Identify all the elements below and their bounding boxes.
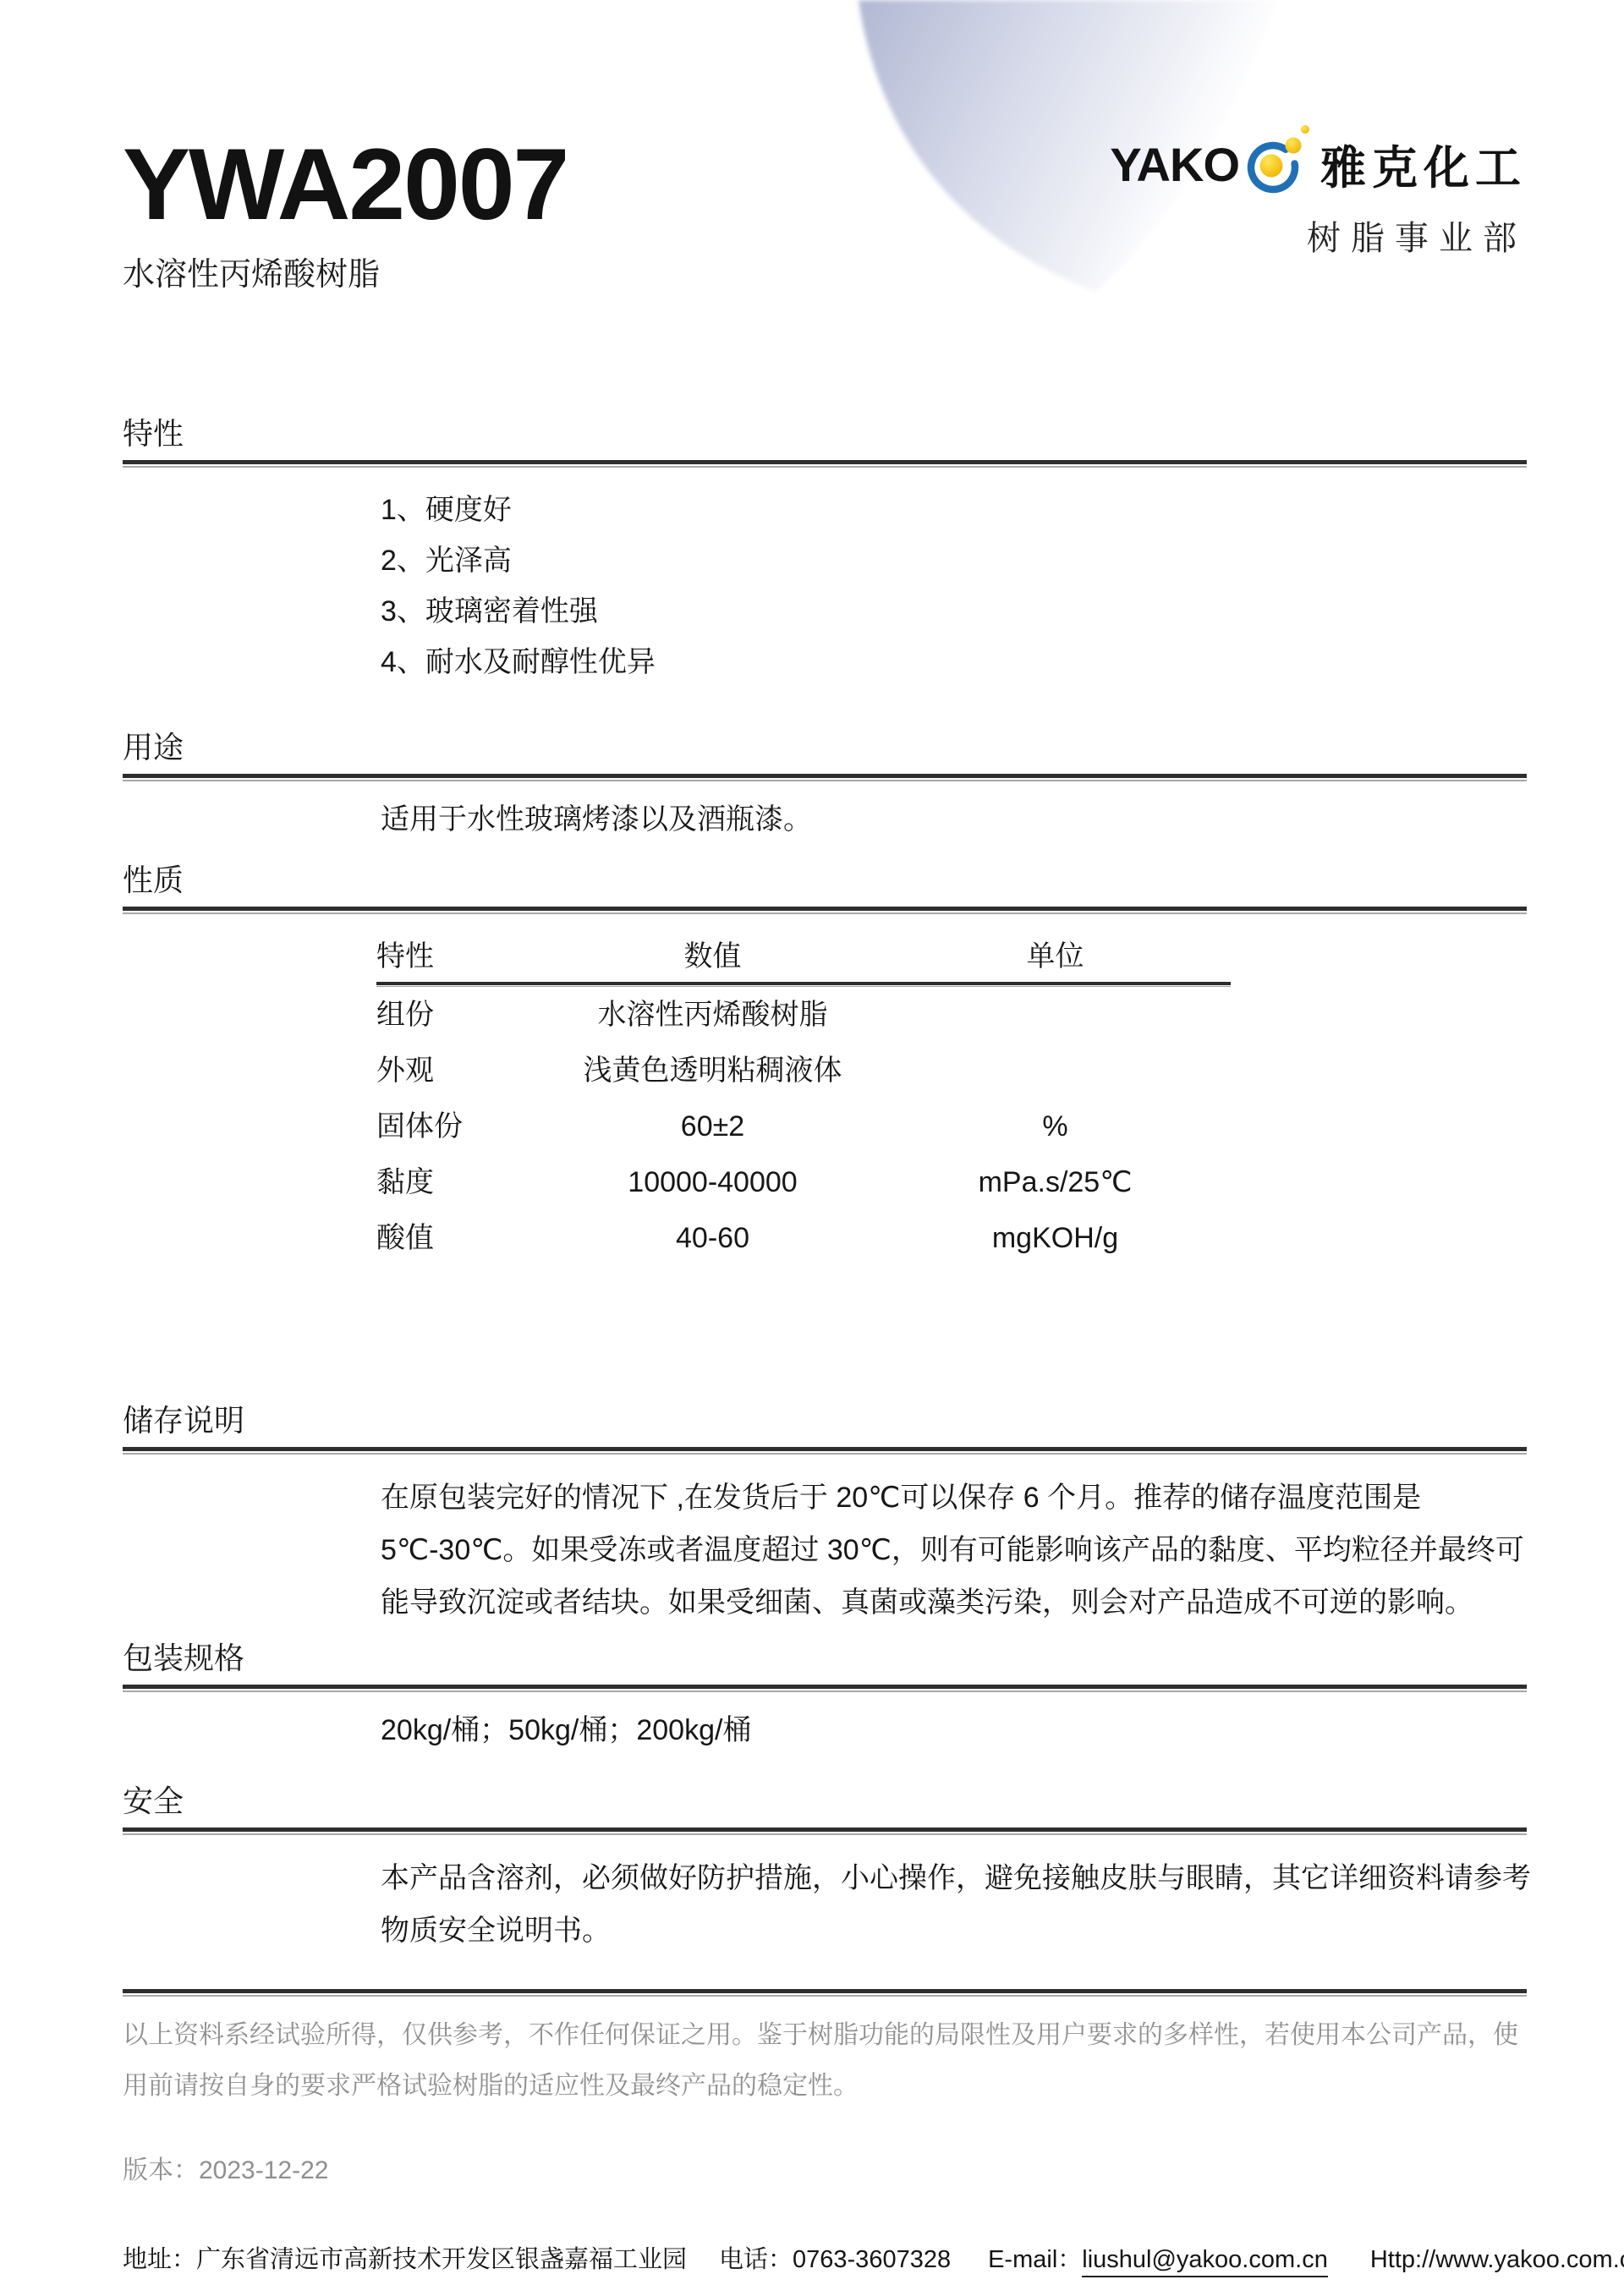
- feature-item: 3、玻璃密着性强: [381, 586, 1527, 637]
- product-name-subtitle: 水溶性丙烯酸树脂: [123, 255, 1527, 294]
- disclaimer-text: 以上资料系经试验所得，仅供参考，不作任何保证之用。鉴于树脂功能的局限性及用户要求…: [123, 2010, 1527, 2112]
- packaging-text: 20kg/桶；50kg/桶；200kg/桶: [381, 1711, 1527, 1750]
- feature-item: 4、耐水及耐醇性优异: [381, 637, 1527, 688]
- header: YWA2007 水溶性丙烯酸树脂 YAKO: [123, 134, 1527, 294]
- storage-text: 在原包装完好的情况下 ,在发货后于 20℃可以保存 6 个月。推荐的储存温度范围…: [381, 1471, 1535, 1629]
- column-header-property: 特性: [376, 938, 546, 975]
- footer-phone: 电话：0763-3607328: [719, 2240, 951, 2275]
- usage-text: 适用于水性玻璃烤漆以及酒瓶漆。: [381, 800, 1527, 839]
- value-cell: 40-60: [546, 1210, 880, 1266]
- logo-ball-medium: [1286, 138, 1302, 154]
- value-cell: 浅黄色透明粘稠液体: [546, 1043, 880, 1099]
- logo-ball-small: [1301, 125, 1309, 134]
- unit-cell: %: [880, 1099, 1231, 1154]
- datasheet-page: YWA2007 水溶性丙烯酸树脂 YAKO: [0, 0, 1624, 2296]
- section-heading-features: 特性: [123, 414, 1527, 453]
- property-cell: 外观: [376, 1043, 546, 1099]
- logo-orbit-icon: [1243, 120, 1317, 201]
- section-heading-usage: 用途: [123, 728, 1527, 767]
- logo-brand-chinese: 雅克化工: [1320, 132, 1527, 197]
- logo-brand-latin: YAKO: [1110, 137, 1239, 192]
- properties-table: 特性 数值 单位 组份 水溶性丙烯酸树脂 外观 浅黄色透明粘稠液体 固体份 60…: [376, 938, 1231, 1266]
- disclaimer-rule: [123, 1989, 1527, 1997]
- section-rule: [123, 1827, 1527, 1835]
- unit-cell: [880, 1043, 1231, 1099]
- property-cell: 黏度: [376, 1154, 546, 1210]
- table-row: 外观 浅黄色透明粘稠液体: [376, 1043, 1231, 1099]
- footer-email-label: E-mail：: [988, 2246, 1082, 2273]
- properties-table-header: 特性 数值 单位: [376, 938, 1231, 975]
- property-cell: 组份: [376, 987, 546, 1043]
- property-cell: 酸值: [376, 1210, 546, 1266]
- table-row: 固体份 60±2 %: [376, 1099, 1231, 1154]
- section-rule: [123, 907, 1527, 914]
- unit-cell: mPa.s/25℃: [880, 1154, 1231, 1210]
- table-row: 黏度 10000-40000 mPa.s/25℃: [376, 1154, 1231, 1210]
- section-rule: [123, 1685, 1527, 1692]
- property-cell: 固体份: [376, 1099, 546, 1154]
- section-rule: [123, 1447, 1527, 1455]
- section-rule: [123, 460, 1527, 468]
- section-heading-packaging: 包装规格: [123, 1639, 1527, 1678]
- unit-cell: [880, 987, 1231, 1043]
- value-cell: 10000-40000: [546, 1154, 880, 1210]
- value-cell: 水溶性丙烯酸树脂: [546, 987, 880, 1043]
- safety-text: 本产品含溶剂，必须做好防护措施，小心操作，避免接触皮肤与眼睛，其它详细资料请参考…: [381, 1852, 1535, 1957]
- footer: 地址：广东省清远市高新技术开发区银盏嘉福工业园 电话：0763-3607328 …: [123, 2240, 1527, 2275]
- footer-address: 地址：广东省清远市高新技术开发区银盏嘉福工业园: [123, 2240, 687, 2275]
- column-header-value: 数值: [546, 938, 880, 975]
- section-heading-safety: 安全: [123, 1782, 1527, 1821]
- footer-email-link[interactable]: liushul@yakoo.com.cn: [1082, 2246, 1328, 2277]
- section-rule: [123, 774, 1527, 781]
- feature-item: 2、光泽高: [381, 535, 1527, 586]
- column-header-unit: 单位: [880, 938, 1231, 975]
- section-heading-storage: 储存说明: [123, 1401, 1527, 1440]
- unit-cell: mgKOH/g: [880, 1210, 1231, 1266]
- table-row: 酸值 40-60 mgKOH/g: [376, 1210, 1231, 1266]
- section-heading-properties: 性质: [123, 861, 1527, 900]
- version-text: 版本：2023-12-22: [123, 2149, 1527, 2186]
- company-logo: YAKO 雅克化工: [1110, 123, 1527, 260]
- footer-email-group: E-mail：liushul@yakoo.com.cn: [988, 2240, 1328, 2275]
- footer-website: Http://www.yakoo.com.cn: [1370, 2246, 1624, 2274]
- logo-division: 树脂事业部: [1307, 211, 1527, 260]
- logo-ball-large: [1260, 155, 1283, 178]
- feature-item: 1、硬度好: [381, 485, 1527, 535]
- feature-list: 1、硬度好 2、光泽高 3、玻璃密着性强 4、耐水及耐醇性优异: [381, 485, 1527, 688]
- table-row: 组份 水溶性丙烯酸树脂: [376, 987, 1231, 1043]
- value-cell: 60±2: [546, 1099, 880, 1154]
